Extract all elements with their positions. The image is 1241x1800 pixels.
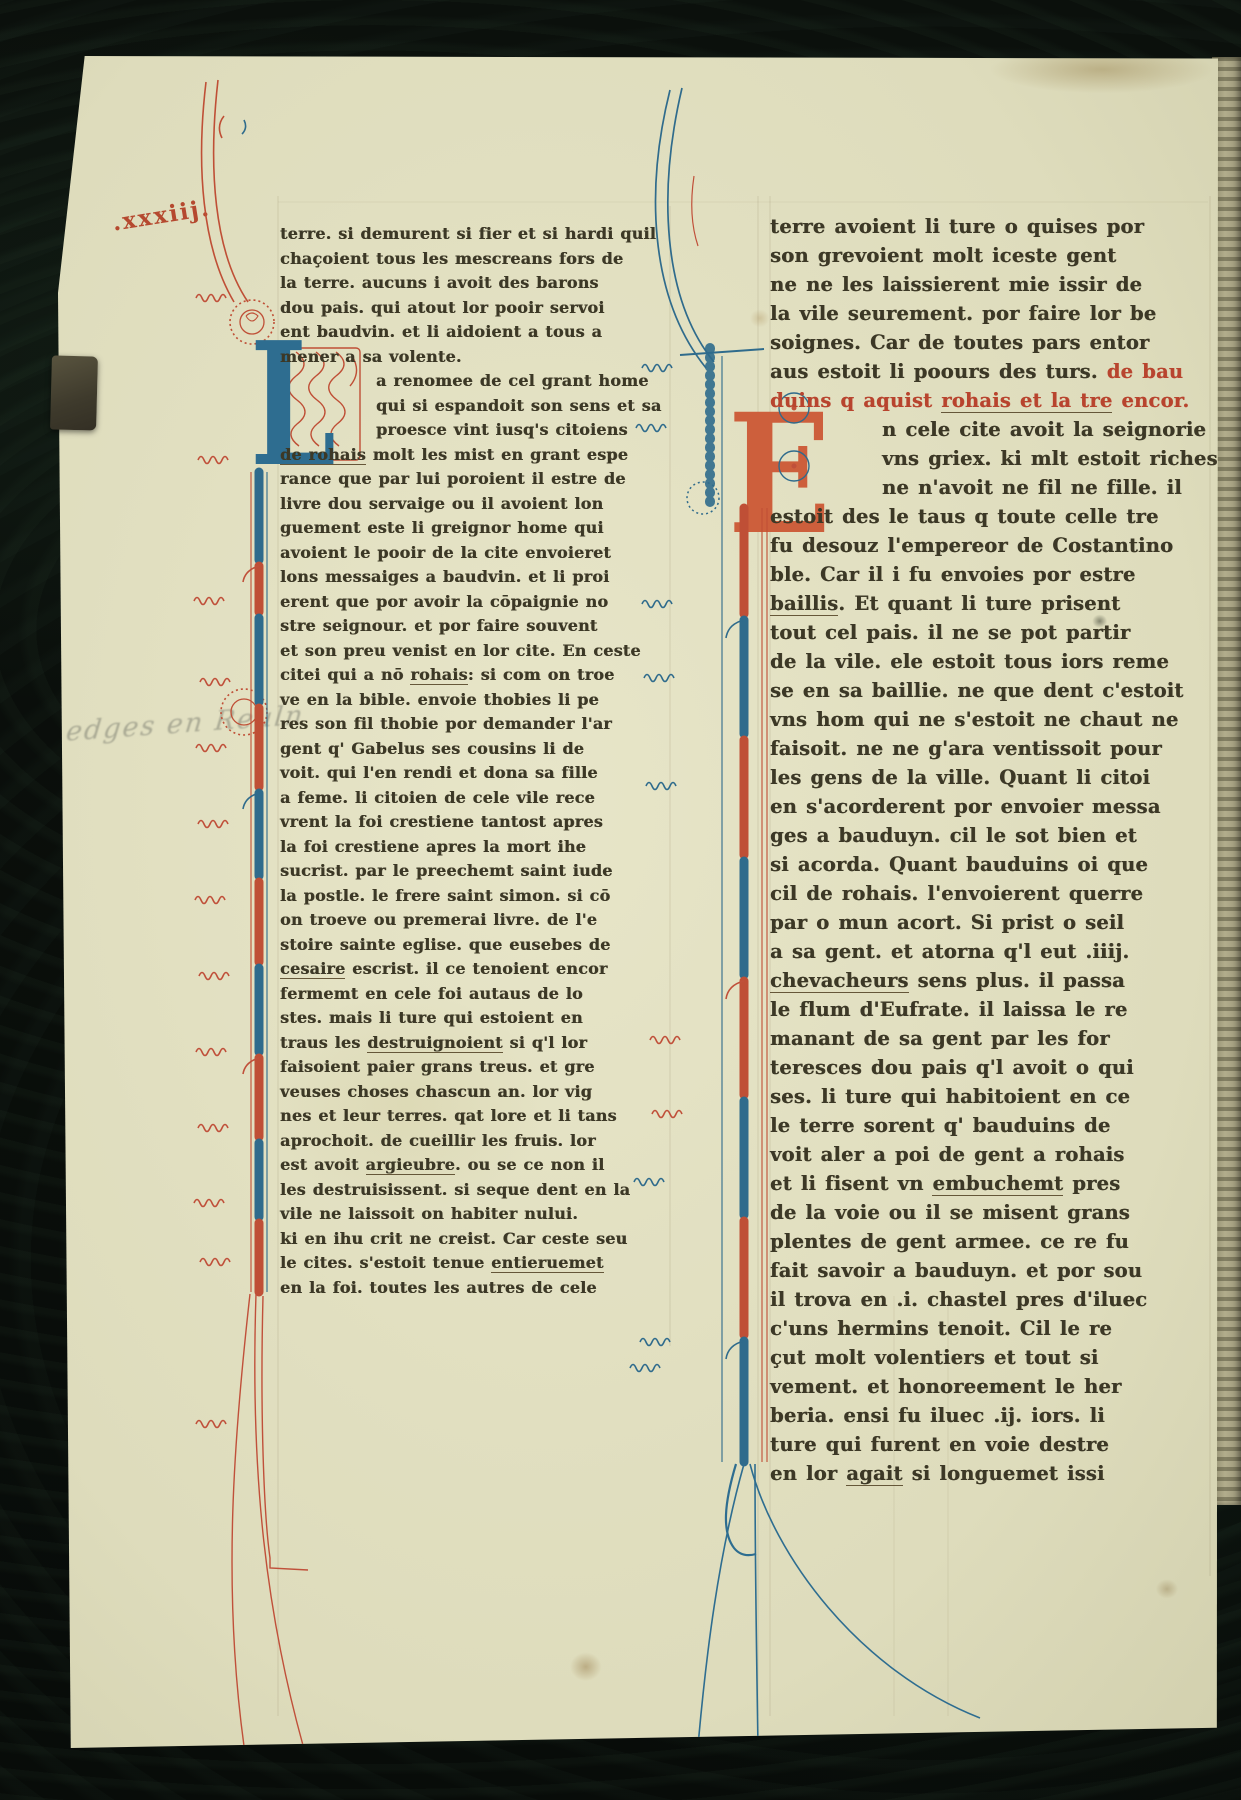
- text-line: voit. qui l'en rendi et dona sa fille: [280, 761, 672, 786]
- text-segment: fait savoir a bauduyn. et por sou: [770, 1259, 1142, 1282]
- text-line: voit aler a poi de gent a rohais: [770, 1140, 1216, 1169]
- text-segment: baillis: [770, 592, 838, 616]
- text-segment: : si com on troe: [468, 665, 615, 684]
- text-segment: chaçoient tous les mescreans fors de: [280, 249, 623, 268]
- text-line: ki en ihu crit ne creist. Car ceste seu: [280, 1227, 672, 1252]
- text-line: faisoit. ne ne g'ara ventissoit pour: [770, 734, 1216, 763]
- text-line: erent que por avoir la cōpaignie no: [280, 590, 672, 615]
- text-segment: dou pais. qui atout lor pooir servoi: [280, 298, 605, 317]
- text-line: en lor agait si longuemet issi: [770, 1459, 1216, 1488]
- text-segment: guement este li greignor home qui: [280, 518, 604, 537]
- text-segment: duins q aquist: [770, 389, 941, 412]
- text-segment: sens plus. il passa: [909, 969, 1125, 992]
- text-segment: on troeve ou premerai livre. de l'e: [280, 910, 597, 929]
- text-segment: son grevoient molt iceste gent: [770, 244, 1116, 267]
- text-segment: de la voie ou il se misent grans: [770, 1201, 1130, 1224]
- text-segment: la postle. le frere saint simon. si cō: [280, 886, 610, 905]
- text-segment: argieubre: [366, 1155, 455, 1175]
- text-segment: et son preu venist en lor cite. En ceste: [280, 641, 641, 660]
- text-line: stes. mais li ture qui estoient en: [280, 1006, 672, 1031]
- text-segment: embuchemt: [932, 1172, 1063, 1196]
- text-line: estoit des le taus q toute celle tre: [770, 502, 1216, 531]
- text-line: n cele cite avoit la seignorie: [770, 415, 1216, 444]
- text-line: lons messaiges a baudvin. et li proi: [280, 565, 672, 590]
- text-segment: ble. Car il i fu envoies por estre: [770, 563, 1135, 586]
- text-segment: cesaire: [280, 959, 345, 979]
- text-line: de la vile. ele estoit tous iors reme: [770, 647, 1216, 676]
- text-segment: destruignoient: [367, 1033, 502, 1053]
- text-line: les destruisissent. si seque dent en la: [280, 1178, 672, 1203]
- text-line: a sa gent. et atorna q'l eut .iiij.: [770, 937, 1216, 966]
- text-line: teresces dou pais q'l avoit o qui: [770, 1053, 1216, 1082]
- text-segment: vrent la foi crestiene tantost apres: [280, 812, 603, 831]
- text-segment: rance que par lui poroient il estre de: [280, 469, 626, 488]
- text-segment: faisoit. ne ne g'ara ventissoit pour: [770, 737, 1162, 760]
- text-line: et son preu venist en lor cite. En ceste: [280, 639, 672, 664]
- text-segment: ent baudvin. et li aidoient a tous a: [280, 322, 602, 341]
- text-line: ne ne les laissierent mie issir de: [770, 270, 1216, 299]
- text-line: ent baudvin. et li aidoient a tous a: [280, 320, 672, 345]
- text-line: çut molt volentiers et tout si: [770, 1343, 1216, 1372]
- text-line: manant de sa gent par les for: [770, 1024, 1216, 1053]
- right-ornament-bar: [722, 356, 767, 1462]
- text-line: beria. ensi fu iluec .ij. iors. li: [770, 1401, 1216, 1430]
- text-segment: est avoit: [280, 1155, 366, 1174]
- text-line: le flum d'Eufrate. il laissa le re: [770, 995, 1216, 1024]
- text-line: la vile seurement. por faire lor be: [770, 299, 1216, 328]
- text-line: si acorda. Quant bauduins oi que: [770, 850, 1216, 879]
- text-segment: ture qui furent en voie destre: [770, 1433, 1109, 1456]
- text-segment: mener a sa volente.: [280, 347, 462, 366]
- text-line: ne n'avoit ne fil ne fille. il: [770, 473, 1216, 502]
- text-line: qui si espandoit son sens et sa: [280, 394, 672, 419]
- pencil-margin-note: edges en Reuln: [65, 700, 306, 748]
- text-line: ble. Car il i fu envoies por estre: [770, 560, 1216, 589]
- text-line: livre dou servaige ou il avoient lon: [280, 492, 672, 517]
- text-segment: traus les: [280, 1033, 367, 1052]
- text-line: ve en la bible. envoie thobies li pe: [280, 688, 672, 713]
- text-line: avoient le pooir de la cite envoieret: [280, 541, 672, 566]
- text-line: a feme. li citoien de cele vile rece: [280, 786, 672, 811]
- text-segment: avoient le pooir de la cite envoieret: [280, 543, 611, 562]
- text-line: proesce vint iusq's citoiens: [280, 418, 672, 443]
- text-line: c'uns hermins tenoit. Cil le re: [770, 1314, 1216, 1343]
- text-line: vement. et honoreement le her: [770, 1372, 1216, 1401]
- text-segment: n cele cite avoit la seignorie: [882, 418, 1206, 441]
- text-line: fu desouz l'empereor de Costantino: [770, 531, 1216, 560]
- text-line: cesaire escrist. il ce tenoient encor: [280, 957, 672, 982]
- text-line: traus les destruignoient si q'l lor: [280, 1031, 672, 1056]
- text-segment: molt les mist en grant espe: [366, 445, 628, 464]
- manuscript-photo: .xxxiij. edges en Reuln: [0, 0, 1241, 1800]
- text-segment: aus estoit li poours des turs.: [770, 360, 1107, 383]
- text-line: vns griex. ki mlt estoit riches: [770, 444, 1216, 473]
- text-line: ges a bauduyn. cil le sot bien et: [770, 821, 1216, 850]
- text-segment: en s'acorderent por envoier messa: [770, 795, 1161, 818]
- text-line: stoire sainte eglise. que eusebes de: [280, 933, 672, 958]
- text-line: le cites. s'estoit tenue entieruemet: [280, 1251, 672, 1276]
- text-segment: le flum d'Eufrate. il laissa le re: [770, 998, 1127, 1021]
- text-line: baillis. Et quant li ture prisent: [770, 589, 1216, 618]
- text-line: terre. si demurent si fier et si hardi q…: [280, 222, 672, 247]
- text-line: aus estoit li poours des turs. de bau: [770, 357, 1216, 386]
- text-column-right: terre avoient li ture o quises porson gr…: [770, 212, 1216, 1488]
- text-line: sucrist. par le preechemt saint iude: [280, 859, 672, 884]
- text-segment: lons messaiges a baudvin. et li proi: [280, 567, 609, 586]
- text-segment: terre avoient li ture o quises por: [770, 215, 1144, 238]
- text-segment: vile ne laissoit on habiter nului.: [280, 1204, 578, 1223]
- text-line: mener a sa volente.: [280, 345, 672, 370]
- text-line: res son fil thobie por demander l'ar: [280, 712, 672, 737]
- left-rosettes: [221, 300, 274, 735]
- text-segment: nes et leur terres. qat lore et li tans: [280, 1106, 617, 1125]
- text-line: chevacheurs sens plus. il passa: [770, 966, 1216, 995]
- text-segment: erent que por avoir la cōpaignie no: [280, 592, 608, 611]
- bottom-left-flourish: [232, 1294, 308, 1748]
- text-segment: terre. si demurent si fier et si hardi q…: [280, 224, 656, 243]
- text-segment: rohais: [410, 665, 467, 685]
- text-segment: pres: [1063, 1172, 1120, 1195]
- text-segment: res son fil thobie por demander l'ar: [280, 714, 612, 733]
- text-segment: veuses choses chascun an. lor vig: [280, 1082, 592, 1101]
- text-line: vile ne laissoit on habiter nului.: [280, 1202, 672, 1227]
- text-segment: en lor: [770, 1462, 846, 1485]
- text-segment: a renomee de cel grant home: [376, 371, 649, 390]
- text-segment: la terre. aucuns i avoit des barons: [280, 273, 599, 292]
- text-line: de la voie ou il se misent grans: [770, 1198, 1216, 1227]
- text-line: aprochoit. de cueillir les fruis. lor: [280, 1129, 672, 1154]
- text-segment: citei qui a nō: [280, 665, 410, 684]
- text-line: terre avoient li ture o quises por: [770, 212, 1216, 241]
- text-line: en s'acorderent por envoier messa: [770, 792, 1216, 821]
- text-segment: de rohais: [280, 445, 366, 465]
- text-segment: il trova en .i. chastel pres d'iluec: [770, 1288, 1147, 1311]
- text-segment: fu desouz l'empereor de Costantino: [770, 534, 1173, 557]
- text-segment: soignes. Car de toutes pars entor: [770, 331, 1149, 354]
- text-line: soignes. Car de toutes pars entor: [770, 328, 1216, 357]
- text-segment: proesce vint iusq's citoiens: [376, 420, 628, 439]
- text-segment: teresces dou pais q'l avoit o qui: [770, 1056, 1134, 1079]
- text-line: les gens de la ville. Quant li citoi: [770, 763, 1216, 792]
- text-line: ses. li ture qui habitoient en ce: [770, 1082, 1216, 1111]
- text-segment: çut molt volentiers et tout si: [770, 1346, 1098, 1369]
- text-segment: les destruisissent. si seque dent en la: [280, 1180, 630, 1199]
- text-segment: a feme. li citoien de cele vile rece: [280, 788, 595, 807]
- text-segment: manant de sa gent par les for: [770, 1027, 1110, 1050]
- text-segment: aprochoit. de cueillir les fruis. lor: [280, 1131, 596, 1150]
- text-line: vns hom qui ne s'estoit ne chaut ne: [770, 705, 1216, 734]
- text-segment: de bau: [1107, 360, 1183, 383]
- text-line: stre seignour. et por faire souvent: [280, 614, 672, 639]
- text-segment: encor.: [1112, 389, 1189, 412]
- text-segment: qui si espandoit son sens et sa: [376, 396, 661, 415]
- text-segment: la foi crestiene apres la mort ihe: [280, 837, 586, 856]
- text-line: guement este li greignor home qui: [280, 516, 672, 541]
- text-line: la foi crestiene apres la mort ihe: [280, 835, 672, 860]
- left-ornament-bar: [243, 472, 267, 1292]
- text-segment: fermemt en cele foi autaus de lo: [280, 984, 583, 1003]
- text-line: et li fisent vn embuchemt pres: [770, 1169, 1216, 1198]
- text-segment: stoire sainte eglise. que eusebes de: [280, 935, 611, 954]
- text-segment: tout cel pais. il ne se pot partir: [770, 621, 1130, 644]
- text-line: il trova en .i. chastel pres d'iluec: [770, 1285, 1216, 1314]
- text-line: dou pais. qui atout lor pooir servoi: [280, 296, 672, 321]
- text-segment: la vile seurement. por faire lor be: [770, 302, 1156, 325]
- text-segment: en la foi. toutes les autres de cele: [280, 1278, 597, 1297]
- text-segment: vns hom qui ne s'estoit ne chaut ne: [770, 708, 1178, 731]
- text-segment: . Et quant li ture prisent: [838, 592, 1120, 615]
- text-line: la postle. le frere saint simon. si cō: [280, 884, 672, 909]
- text-segment: . ou se ce non il: [455, 1155, 604, 1174]
- text-segment: escrist. il ce tenoient encor: [345, 959, 607, 978]
- text-segment: les gens de la ville. Quant li citoi: [770, 766, 1150, 789]
- text-segment: ges a bauduyn. cil le sot bien et: [770, 824, 1137, 847]
- text-segment: par o mun acort. Si prist o seil: [770, 911, 1124, 934]
- text-segment: a sa gent. et atorna q'l eut .iiij.: [770, 940, 1129, 963]
- bottom-right-flourish: [698, 1464, 980, 1748]
- text-segment: gent q' Gabelus ses cousins li de: [280, 739, 584, 758]
- initial-e-filigree: [687, 348, 719, 514]
- text-line: rance que par lui poroient il estre de: [280, 467, 672, 492]
- text-segment: estoit des le taus q toute celle tre: [770, 505, 1159, 528]
- text-line: en la foi. toutes les autres de cele: [280, 1276, 672, 1301]
- folio-number: .xxxiij.: [110, 194, 212, 236]
- text-segment: et li fisent vn: [770, 1172, 932, 1195]
- text-line: on troeve ou premerai livre. de l'e: [280, 908, 672, 933]
- text-segment: le terre sorent q' bauduins de: [770, 1114, 1110, 1137]
- text-line: fermemt en cele foi autaus de lo: [280, 982, 672, 1007]
- text-segment: cil de rohais. l'envoierent querre: [770, 882, 1143, 905]
- text-line: est avoit argieubre. ou se ce non il: [280, 1153, 672, 1178]
- text-segment: faisoient paier grans treus. et gre: [280, 1057, 595, 1076]
- text-line: faisoient paier grans treus. et gre: [280, 1055, 672, 1080]
- text-segment: chevacheurs: [770, 969, 909, 993]
- text-line: chaçoient tous les mescreans fors de: [280, 247, 672, 272]
- text-line: par o mun acort. Si prist o seil: [770, 908, 1216, 937]
- text-segment: si longuemet issi: [903, 1462, 1105, 1485]
- top-left-flourish: [202, 80, 248, 302]
- text-line: nes et leur terres. qat lore et li tans: [280, 1104, 672, 1129]
- text-segment: c'uns hermins tenoit. Cil le re: [770, 1317, 1112, 1340]
- text-segment: stre seignour. et por faire souvent: [280, 616, 597, 635]
- text-segment: ne n'avoit ne fil ne fille. il: [882, 476, 1182, 499]
- text-line: tout cel pais. il ne se pot partir: [770, 618, 1216, 647]
- text-line: la terre. aucuns i avoit des barons: [280, 271, 672, 296]
- text-segment: vement. et honoreement le her: [770, 1375, 1121, 1398]
- manuscript-page: .xxxiij. edges en Reuln: [58, 56, 1218, 1748]
- text-segment: entieruemet: [491, 1253, 603, 1273]
- text-segment: livre dou servaige ou il avoient lon: [280, 494, 603, 513]
- text-line: cil de rohais. l'envoierent querre: [770, 879, 1216, 908]
- text-line: son grevoient molt iceste gent: [770, 241, 1216, 270]
- text-segment: voit aler a poi de gent a rohais: [770, 1143, 1124, 1166]
- text-line: fait savoir a bauduyn. et por sou: [770, 1256, 1216, 1285]
- text-segment: voit. qui l'en rendi et dona sa fille: [280, 763, 598, 782]
- text-segment: stes. mais li ture qui estoient en: [280, 1008, 583, 1027]
- text-segment: si q'l lor: [503, 1033, 587, 1052]
- text-segment: rohais et la tre: [941, 389, 1112, 413]
- text-line: vrent la foi crestiene tantost apres: [280, 810, 672, 835]
- text-line: se en sa baillie. ne que dent c'estoit: [770, 676, 1216, 705]
- text-line: veuses choses chascun an. lor vig: [280, 1080, 672, 1105]
- text-line: de rohais molt les mist en grant espe: [280, 443, 672, 468]
- text-line: duins q aquist rohais et la tre encor.: [770, 386, 1216, 415]
- text-line: gent q' Gabelus ses cousins li de: [280, 737, 672, 762]
- spine-repair-tab: [50, 355, 98, 430]
- text-line: le terre sorent q' bauduins de: [770, 1111, 1216, 1140]
- text-segment: ve en la bible. envoie thobies li pe: [280, 690, 599, 709]
- text-segment: ses. li ture qui habitoient en ce: [770, 1085, 1130, 1108]
- text-column-left: terre. si demurent si fier et si hardi q…: [280, 222, 672, 1300]
- text-segment: vns griex. ki mlt estoit riches: [882, 447, 1218, 470]
- text-line: ture qui furent en voie destre: [770, 1430, 1216, 1459]
- text-segment: plentes de gent armee. ce re fu: [770, 1230, 1129, 1253]
- text-line: plentes de gent armee. ce re fu: [770, 1227, 1216, 1256]
- text-line: a renomee de cel grant home: [280, 369, 672, 394]
- text-segment: agait: [846, 1462, 902, 1486]
- text-segment: se en sa baillie. ne que dent c'estoit: [770, 679, 1184, 702]
- text-segment: ne ne les laissierent mie issir de: [770, 273, 1142, 296]
- text-segment: sucrist. par le preechemt saint iude: [280, 861, 613, 880]
- text-segment: ki en ihu crit ne creist. Car ceste seu: [280, 1229, 627, 1248]
- text-line: citei qui a nō rohais: si com on troe: [280, 663, 672, 688]
- text-segment: si acorda. Quant bauduins oi que: [770, 853, 1148, 876]
- text-segment: de la vile. ele estoit tous iors reme: [770, 650, 1169, 673]
- text-segment: beria. ensi fu iluec .ij. iors. li: [770, 1404, 1105, 1427]
- text-segment: le cites. s'estoit tenue: [280, 1253, 491, 1272]
